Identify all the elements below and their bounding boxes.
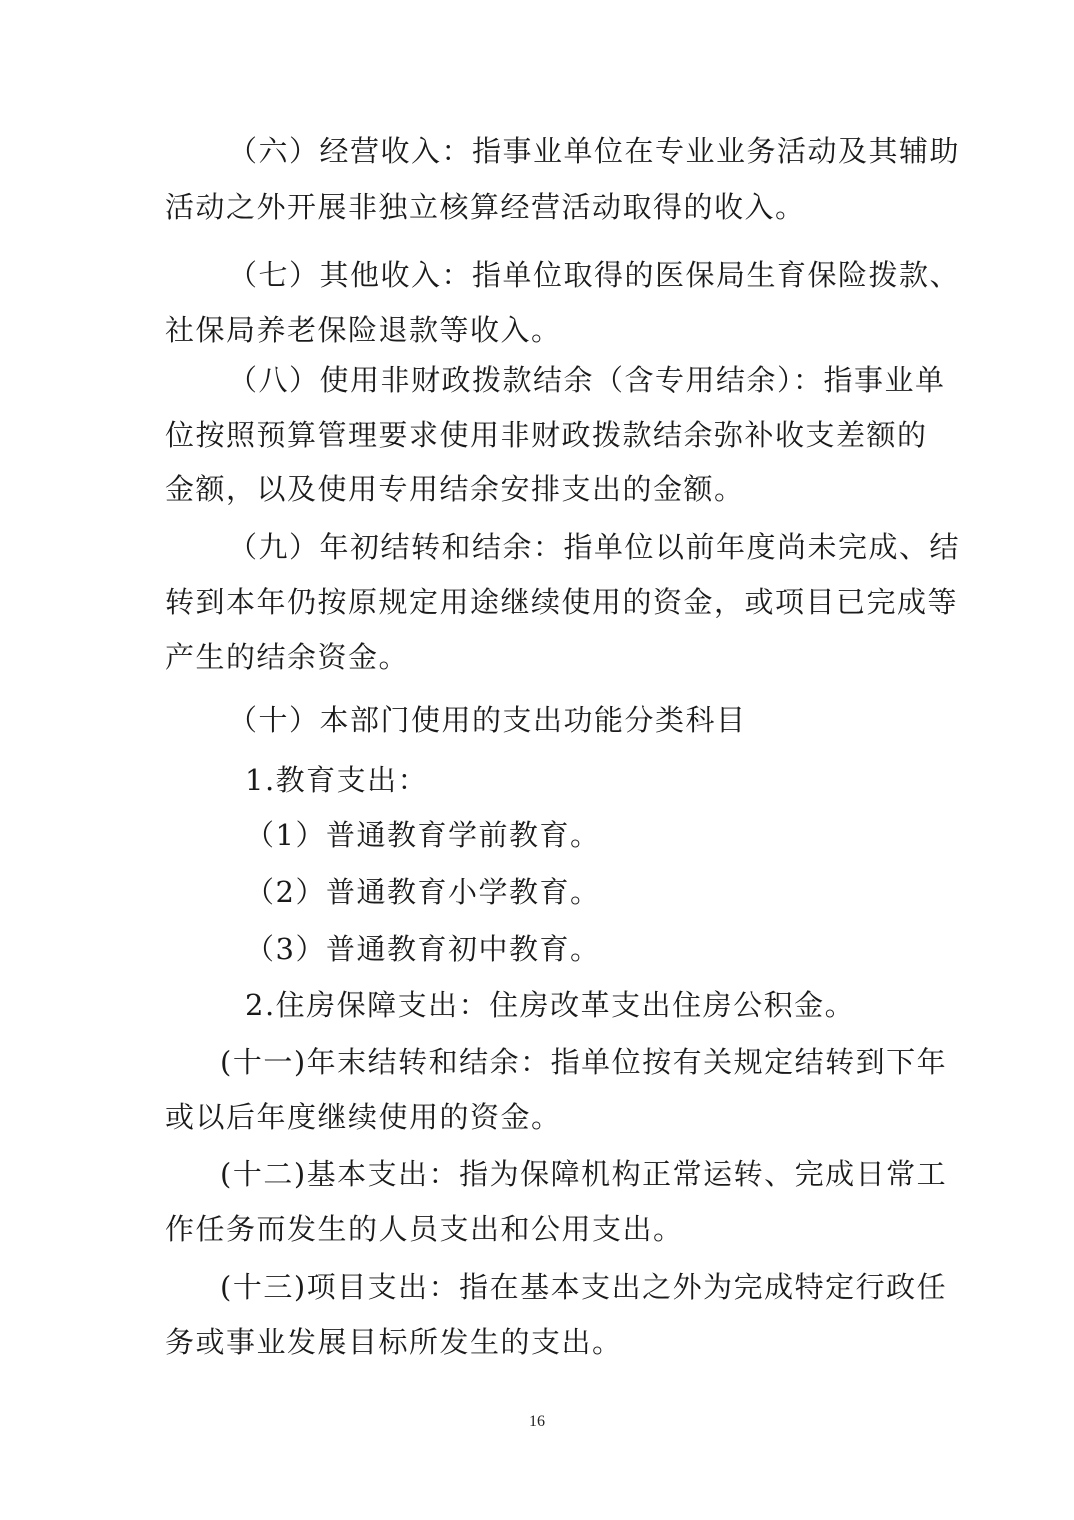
list-subitem-primary: （2）普通教育小学教育。 bbox=[245, 875, 600, 909]
paragraph-line-other-income-1: （七）其他收入：指单位取得的医保局生育保险拨款、 bbox=[228, 258, 960, 292]
paragraph-line-non-fiscal-balance-2: 位按照预算管理要求使用非财政拨款结余弥补收支差额的 bbox=[165, 418, 928, 452]
paragraph-line-operating-income-1: （六）经营收入：指事业单位在专业业务活动及其辅助 bbox=[228, 134, 960, 168]
paragraph-line-operating-income-2: 活动之外开展非独立核算经营活动取得的收入。 bbox=[165, 190, 806, 224]
paragraph-line-non-fiscal-balance-3: 金额，以及使用专用结余安排支出的金额。 bbox=[165, 472, 745, 506]
list-item-housing-expenditure: 2.住房保障支出：住房改革支出住房公积金。 bbox=[245, 988, 855, 1022]
paragraph-line-beginning-carryover-1: （九）年初结转和结余：指单位以前年度尚未完成、结 bbox=[228, 530, 960, 564]
paragraph-line-beginning-carryover-3: 产生的结余资金。 bbox=[165, 640, 409, 674]
paragraph-line-project-expenditure-1: (十三)项目支出：指在基本支出之外为完成特定行政任 bbox=[220, 1270, 947, 1304]
paragraph-line-beginning-carryover-2: 转到本年仍按原规定用途继续使用的资金，或项目已完成等 bbox=[165, 585, 958, 619]
paragraph-line-other-income-2: 社保局养老保险退款等收入。 bbox=[165, 313, 562, 347]
paragraph-line-project-expenditure-2: 务或事业发展目标所发生的支出。 bbox=[165, 1325, 623, 1359]
list-item-education-expenditure: 1.教育支出： bbox=[245, 763, 428, 797]
page-number: 16 bbox=[0, 1413, 1074, 1431]
document-page: （六）经营收入：指事业单位在专业业务活动及其辅助 活动之外开展非独立核算经营活动… bbox=[0, 0, 1074, 1520]
list-subitem-preschool: （1）普通教育学前教育。 bbox=[245, 818, 600, 852]
paragraph-line-non-fiscal-balance-1: （八）使用非财政拨款结余（含专用结余）：指事业单 bbox=[228, 363, 946, 397]
paragraph-line-year-end-carryover-2: 或以后年度继续使用的资金。 bbox=[165, 1100, 562, 1134]
paragraph-line-basic-expenditure-2: 作任务而发生的人员支出和公用支出。 bbox=[165, 1212, 684, 1246]
paragraph-line-year-end-carryover-1: (十一)年末结转和结余：指单位按有关规定结转到下年 bbox=[220, 1045, 947, 1079]
paragraph-line-basic-expenditure-1: (十二)基本支出：指为保障机构正常运转、完成日常工 bbox=[220, 1157, 947, 1191]
list-subitem-junior-high: （3）普通教育初中教育。 bbox=[245, 932, 600, 966]
section-heading-expenditure-categories: （十）本部门使用的支出功能分类科目 bbox=[228, 703, 747, 737]
